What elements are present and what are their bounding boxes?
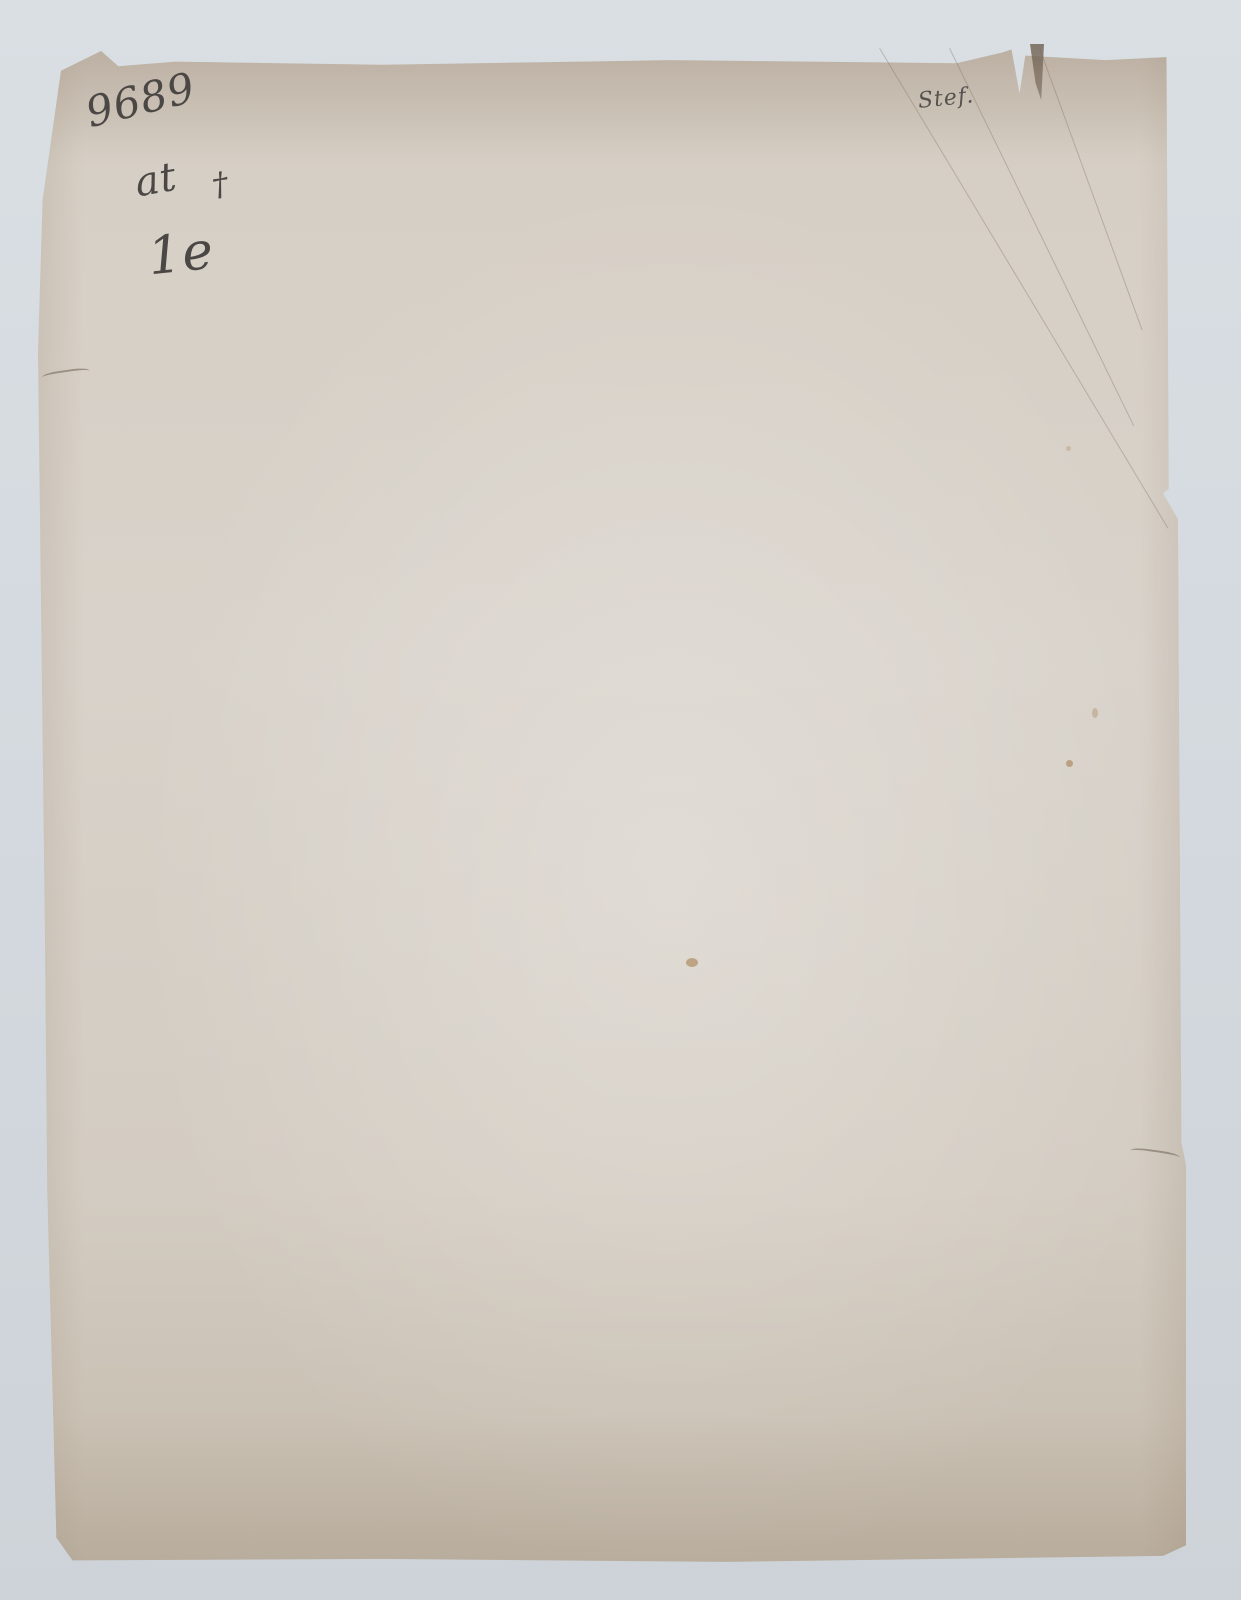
foxing-spot <box>1066 760 1073 767</box>
handwritten-at: at <box>132 157 180 204</box>
foxing-spot <box>686 958 698 967</box>
handwritten-line3: 1e <box>145 225 216 284</box>
foxing-spot <box>1066 446 1071 451</box>
foxing-spot <box>1092 708 1098 718</box>
handwritten-initials: Stef. <box>917 85 975 113</box>
